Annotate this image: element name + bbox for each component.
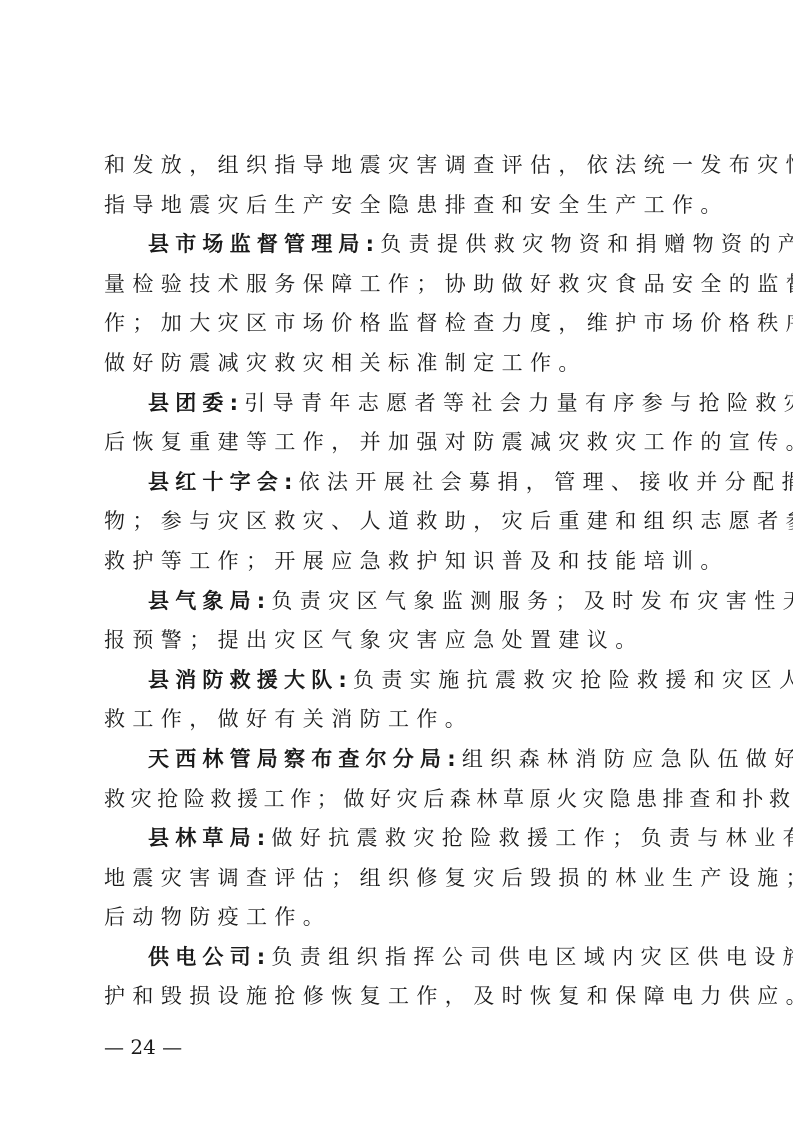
paragraph-forestry-grassland: 县林草局:做好抗震救灾抢险救援工作；负责与林业有关的 地震灾害调查评估；组织修复… [104, 819, 704, 938]
paragraph-heading: 县市场监督管理局: [148, 232, 380, 256]
text-line: 护和毁损设施抢修恢复工作，及时恢复和保障电力供应。 [104, 977, 704, 1017]
paragraph-heading: 县红十字会: [148, 470, 299, 494]
text-line: 报预警；提出灾区气象灾害应急处置建议。 [104, 621, 704, 661]
paragraph-text: 组织森林消防应急队伍做好抗震 [462, 747, 793, 771]
text-line: 做好防震减灾救灾相关标准制定工作。 [104, 344, 704, 384]
paragraph-text: 引导青年志愿者等社会力量有序参与抢险救灾和灾 [244, 391, 793, 415]
paragraph-fire-rescue: 县消防救援大队:负责实施抗震救灾抢险救援和灾区人员搜 救工作，做好有关消防工作。 [104, 661, 704, 740]
paragraph-text: 负责实施抗震救灾抢险救援和灾区人员搜 [353, 668, 793, 692]
text-line: 后动物防疫工作。 [104, 898, 704, 938]
text-line: 救工作，做好有关消防工作。 [104, 700, 704, 740]
paragraph-red-cross: 县红十字会:依法开展社会募捐，管理、接收并分配捐赠款 物；参与灾区救灾、人道救助… [104, 463, 704, 582]
text-line: 县气象局:负责灾区气象监测服务；及时发布灾害性天气预 [104, 582, 704, 622]
paragraph-power-company: 供电公司:负责组织指挥公司供电区域内灾区供电设施的维 护和毁损设施抢修恢复工作，… [104, 938, 704, 1017]
paragraph-continuation: 和发放，组织指导地震灾害调查评估，依法统一发布灾情。督促 指导地震灾后生产安全隐… [104, 146, 704, 225]
text-line: 量检验技术服务保障工作；协助做好救灾食品安全的监督管理工 [104, 265, 704, 305]
text-line: 救灾抢险救援工作；做好灾后森林草原火灾隐患排查和扑救工作。 [104, 780, 704, 820]
paragraph-text: 负责提供救灾物资和捐赠物资的产品质 [380, 232, 793, 256]
paragraph-meteorology: 县气象局:负责灾区气象监测服务；及时发布灾害性天气预 报预警；提出灾区气象灾害应… [104, 582, 704, 661]
paragraph-heading: 县消防救援大队: [148, 668, 353, 692]
paragraph-text: 负责灾区气象监测服务；及时发布灾害性天气预 [271, 589, 793, 613]
text-line: 和发放，组织指导地震灾害调查评估，依法统一发布灾情。督促 [104, 146, 704, 186]
paragraph-youth-league: 县团委:引导青年志愿者等社会力量有序参与抢险救灾和灾 后恢复重建等工作，并加强对… [104, 384, 704, 463]
text-line: 县林草局:做好抗震救灾抢险救援工作；负责与林业有关的 [104, 819, 704, 859]
text-line: 后恢复重建等工作，并加强对防震减灾救灾工作的宣传。 [104, 423, 704, 463]
text-line: 县市场监督管理局:负责提供救灾物资和捐赠物资的产品质 [104, 225, 704, 265]
text-line: 作；加大灾区市场价格监督检查力度，维护市场价格秩序；协助 [104, 304, 704, 344]
text-line: 县消防救援大队:负责实施抗震救灾抢险救援和灾区人员搜 [104, 661, 704, 701]
text-line: 地震灾害调查评估；组织修复灾后毁损的林业生产设施；做好灾 [104, 859, 704, 899]
text-line: 指导地震灾后生产安全隐患排查和安全生产工作。 [104, 186, 704, 226]
text-line: 县红十字会:依法开展社会募捐，管理、接收并分配捐赠款 [104, 463, 704, 503]
paragraph-heading: 县林草局: [148, 826, 271, 850]
page-number: — 24 — [104, 1035, 182, 1059]
paragraph-heading: 县团委: [148, 391, 244, 415]
paragraph-forestry-branch: 天西林管局察布查尔分局:组织森林消防应急队伍做好抗震 救灾抢险救援工作；做好灾后… [104, 740, 704, 819]
paragraph-heading: 县气象局: [148, 589, 271, 613]
paragraph-heading: 供电公司: [148, 945, 271, 969]
document-body: 和发放，组织指导地震灾害调查评估，依法统一发布灾情。督促 指导地震灾后生产安全隐… [104, 146, 704, 1017]
paragraph-text: 依法开展社会募捐，管理、接收并分配捐赠款 [299, 470, 793, 494]
text-line: 物；参与灾区救灾、人道救助，灾后重建和组织志愿者参与现场 [104, 502, 704, 542]
text-line: 供电公司:负责组织指挥公司供电区域内灾区供电设施的维 [104, 938, 704, 978]
paragraph-market-supervision: 县市场监督管理局:负责提供救灾物资和捐赠物资的产品质 量检验技术服务保障工作；协… [104, 225, 704, 383]
text-line: 救护等工作；开展应急救护知识普及和技能培训。 [104, 542, 704, 582]
paragraph-text: 做好抗震救灾抢险救援工作；负责与林业有关的 [271, 826, 793, 850]
text-line: 县团委:引导青年志愿者等社会力量有序参与抢险救灾和灾 [104, 384, 704, 424]
paragraph-heading: 天西林管局察布查尔分局: [148, 747, 462, 771]
paragraph-text: 负责组织指挥公司供电区域内灾区供电设施的维 [271, 945, 793, 969]
text-line: 天西林管局察布查尔分局:组织森林消防应急队伍做好抗震 [104, 740, 704, 780]
document-page: 和发放，组织指导地震灾害调查评估，依法统一发布灾情。督促 指导地震灾后生产安全隐… [0, 0, 793, 1122]
